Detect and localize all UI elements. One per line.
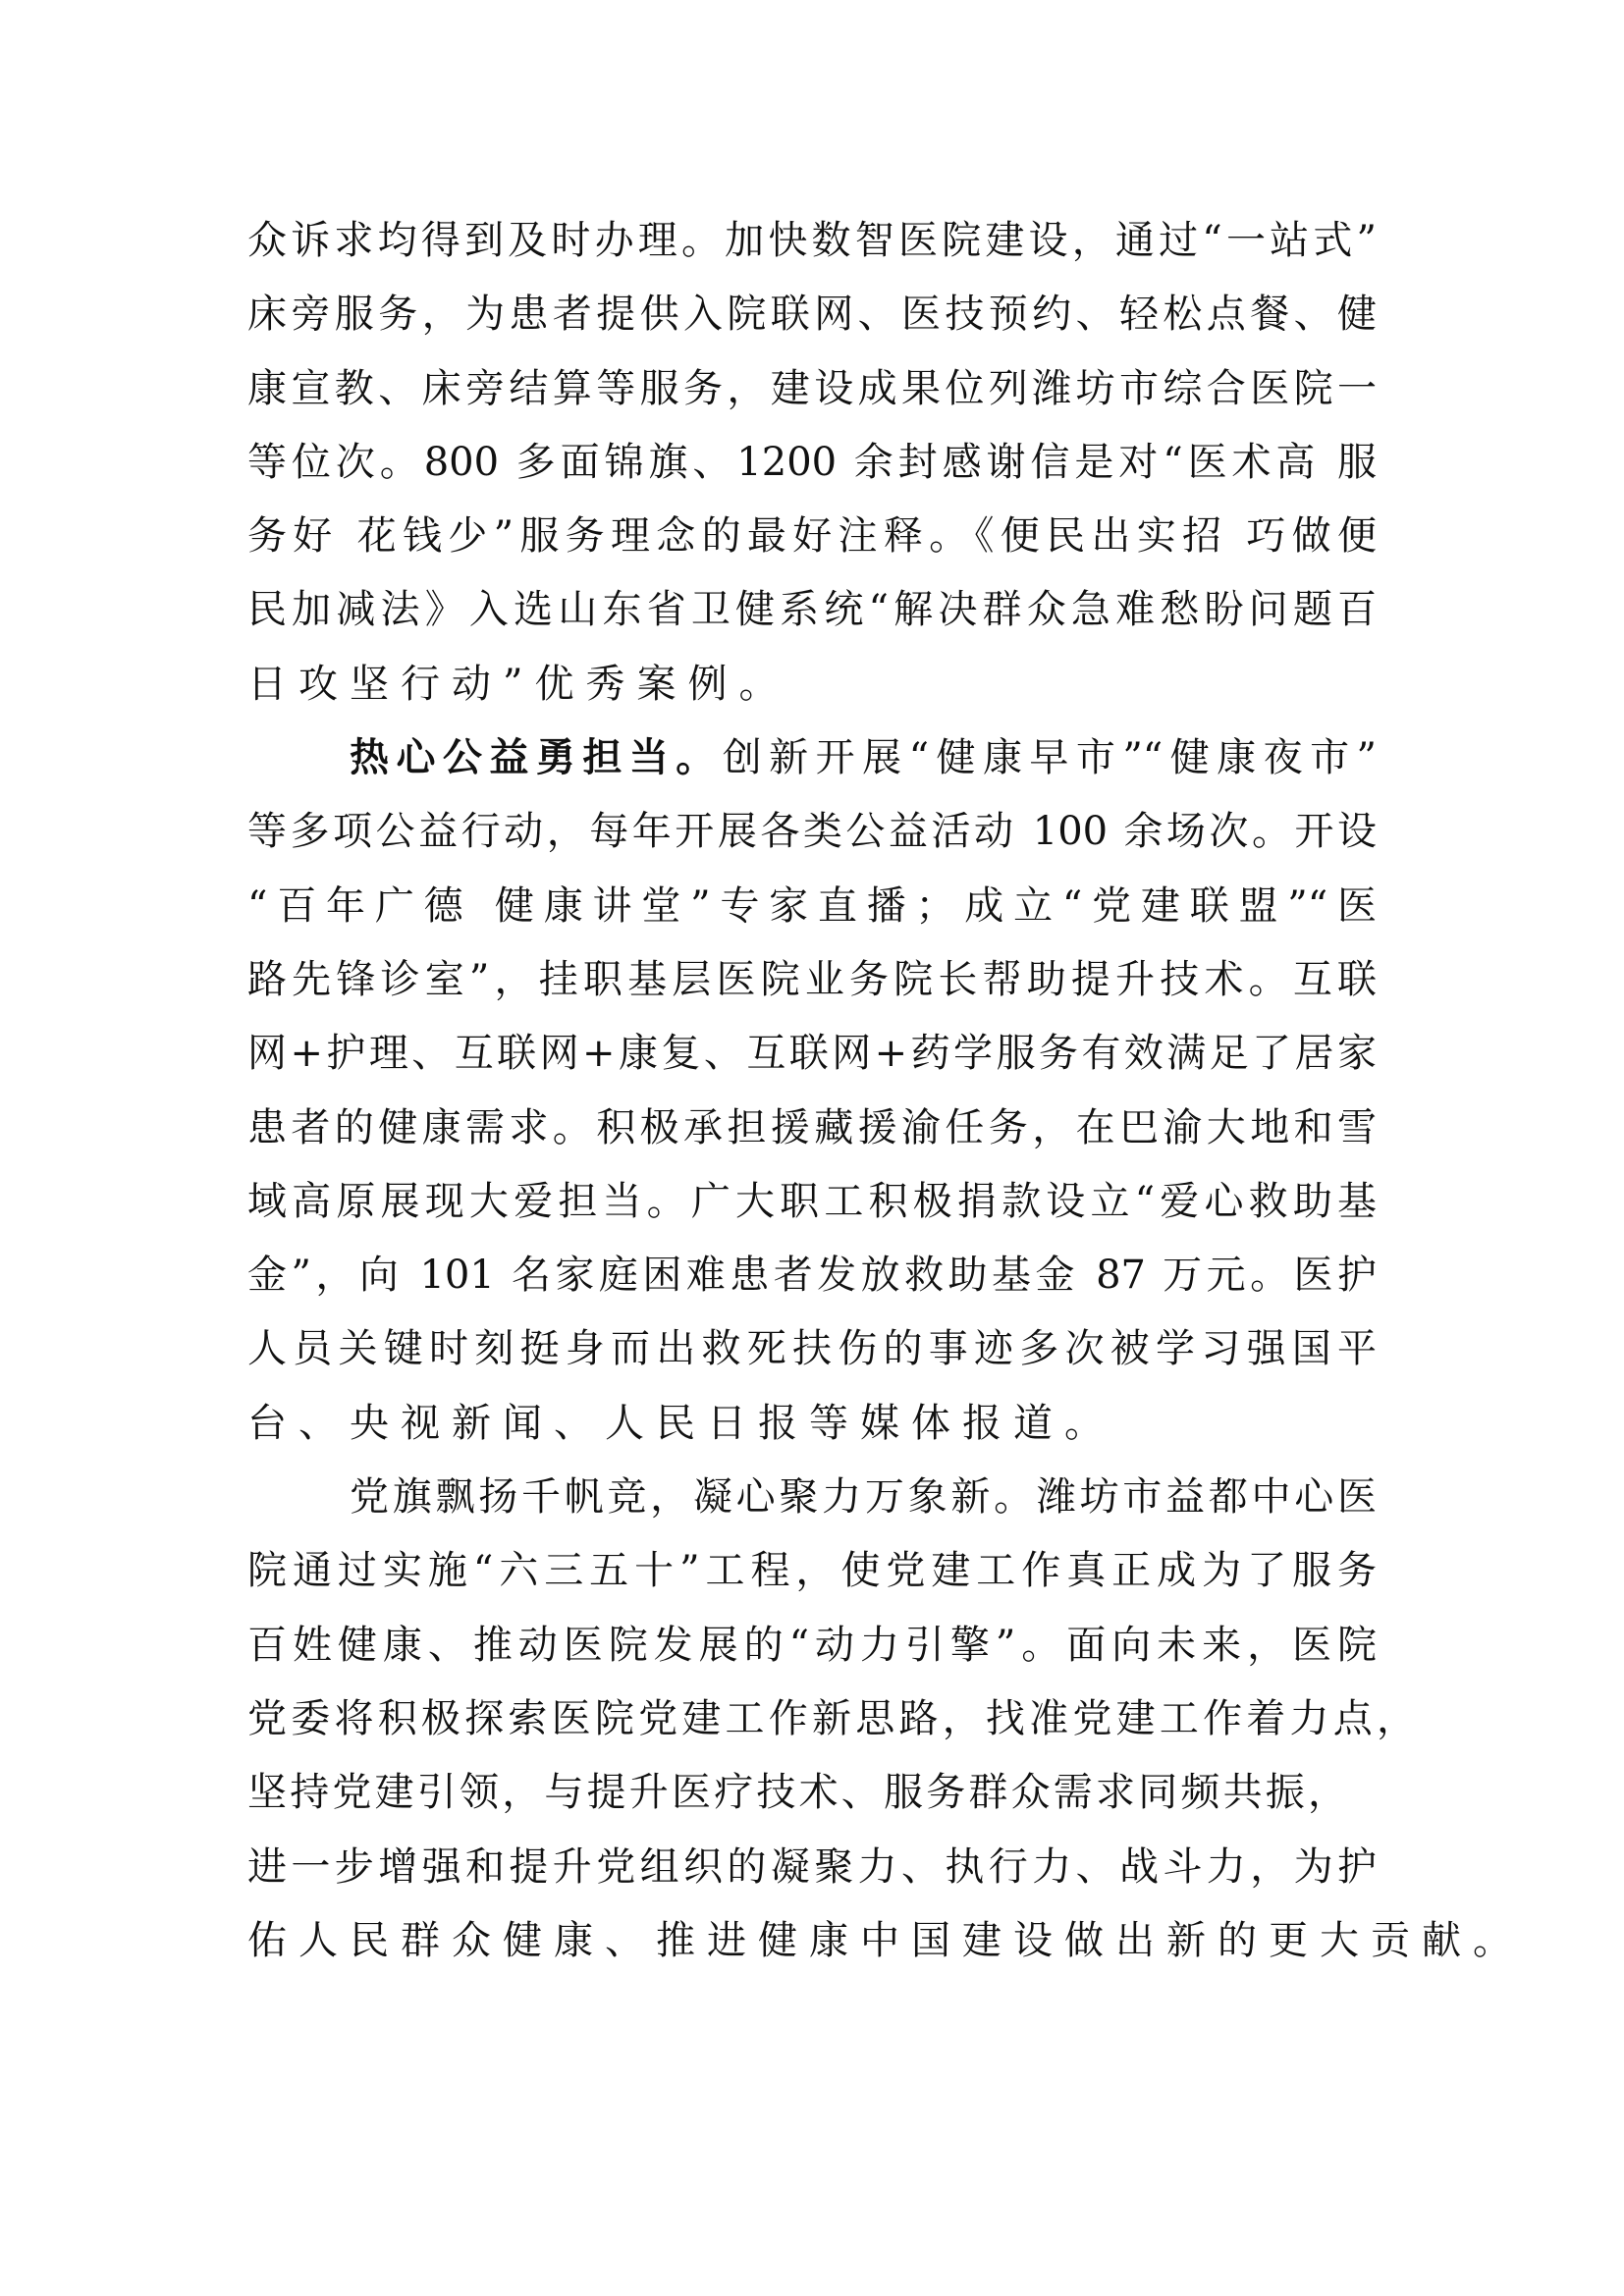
- text-line: 党委将积极探索医院党建工作新思路，找准党建工作着力点，: [247, 1688, 1416, 1762]
- paragraph-lead-heading: 热心公益勇担当。: [350, 734, 723, 780]
- text-run: 创新开展“健康早市”“健康夜市”: [723, 735, 1377, 780]
- text-line: 党旗飘扬千帆竞，凝心聚力万象新。潍坊市益都中心医: [247, 1467, 1377, 1540]
- document-page: 众诉求均得到及时办理。加快数智医院建设，通过“一站式” 床旁服务，为患者提供入院…: [0, 0, 1624, 2296]
- text-line: 民加减法》入选山东省卫健系统“解决群众急难愁盼问题百: [247, 579, 1377, 653]
- text-line: 日攻坚行动”优秀案例。: [247, 654, 1377, 727]
- text-line: 康宣教、床旁结算等服务，建设成果位列潍坊市综合医院一: [247, 358, 1377, 432]
- text-line: 台、央视新闻、人民日报等媒体报道。: [247, 1393, 1377, 1467]
- text-line: 金”，向 101 名家庭困难患者发放救助基金 87 万元。医护: [247, 1245, 1377, 1318]
- paragraph-digital-hospital: 众诉求均得到及时办理。加快数智医院建设，通过“一站式” 床旁服务，为患者提供入院…: [247, 210, 1377, 727]
- text-line: 等多项公益行动，每年开展各类公益活动 100 余场次。开设: [247, 801, 1377, 875]
- text-line: 热心公益勇担当。创新开展“健康早市”“健康夜市”: [247, 727, 1377, 801]
- text-line: 院通过实施“六三五十”工程，使党建工作真正成为了服务: [247, 1540, 1377, 1614]
- text-line: 路先锋诊室”，挂职基层医院业务院长帮助提升技术。互联: [247, 949, 1377, 1023]
- text-line: 人员关键时刻挺身而出救死扶伤的事迹多次被学习强国平: [247, 1318, 1377, 1392]
- text-line: 佑人民群众健康、推进健康中国建设做出新的更大贡献。: [247, 1910, 1377, 1984]
- text-line: 务好 花钱少”服务理念的最好注释。《便民出实招 巧做便: [247, 506, 1377, 579]
- text-line: 进一步增强和提升党组织的凝聚力、执行力、战斗力，为护: [247, 1837, 1377, 1910]
- text-line: 网+护理、互联网+康复、互联网+药学服务有效满足了居家: [247, 1023, 1377, 1096]
- text-line: 域高原展现大爱担当。广大职工积极捐款设立“爱心救助基: [247, 1171, 1377, 1245]
- paragraph-public-welfare: 热心公益勇担当。创新开展“健康早市”“健康夜市” 等多项公益行动，每年开展各类公…: [247, 727, 1377, 1467]
- text-line: 床旁服务，为患者提供入院联网、医技预约、轻松点餐、健: [247, 284, 1377, 357]
- text-line: 众诉求均得到及时办理。加快数智医院建设，通过“一站式”: [247, 210, 1377, 284]
- body-text: 众诉求均得到及时办理。加快数智医院建设，通过“一站式” 床旁服务，为患者提供入院…: [247, 210, 1377, 1984]
- text-line: 患者的健康需求。积极承担援藏援渝任务，在巴渝大地和雪: [247, 1097, 1377, 1171]
- text-line: 百姓健康、推动医院发展的“动力引擎”。面向未来，医院: [247, 1615, 1377, 1688]
- text-line: 等位次。800 多面锦旗、1200 余封感谢信是对“医术高 服: [247, 432, 1377, 506]
- paragraph-conclusion: 党旗飘扬千帆竞，凝心聚力万象新。潍坊市益都中心医 院通过实施“六三五十”工程，使…: [247, 1467, 1377, 1984]
- text-line: 坚持党建引领，与提升医疗技术、服务群众需求同频共振，: [247, 1762, 1347, 1836]
- text-line: “百年广德 健康讲堂”专家直播；成立“党建联盟”“医: [247, 876, 1377, 949]
